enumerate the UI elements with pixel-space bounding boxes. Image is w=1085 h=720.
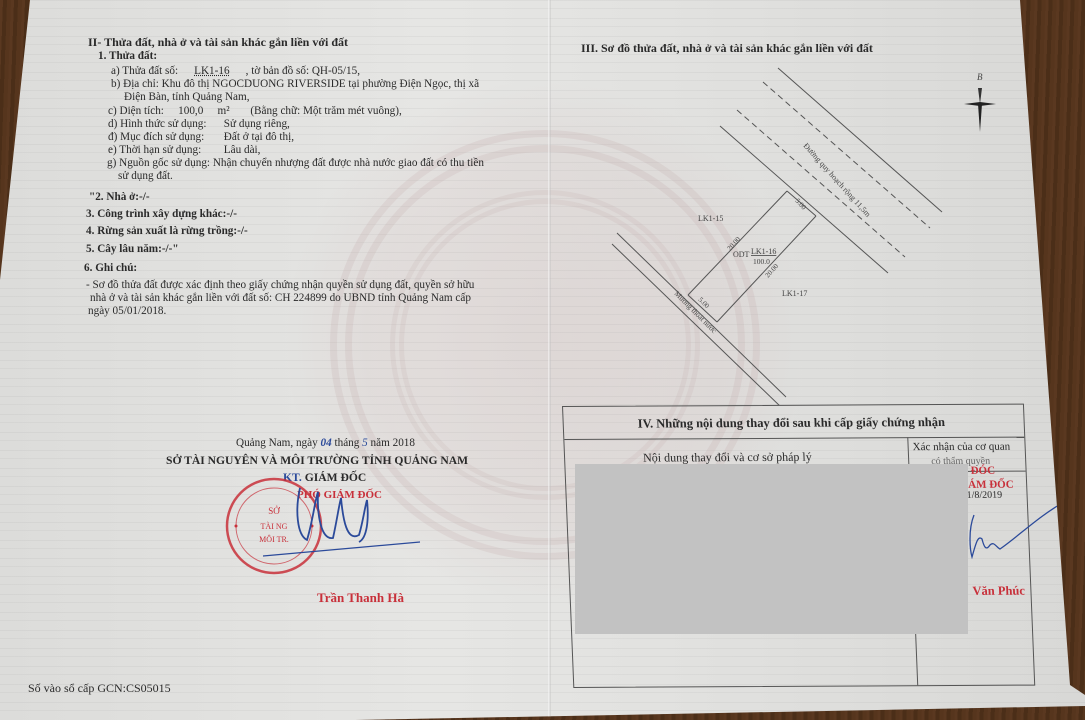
usage-form-row: d) Hình thức sử dụng: Sử dụng riêng, — [108, 118, 290, 131]
date-prefix: Quảng Nam, ngày — [236, 437, 318, 449]
authority-title-fragment-1: ĐÓC — [970, 465, 995, 478]
parcel-number-label: a) Thửa đất số: — [111, 65, 178, 77]
page-fold — [548, 0, 551, 720]
usage-term-label: e) Thời hạn sử dụng: — [108, 144, 221, 157]
month-label: tháng — [335, 437, 360, 449]
usage-term-row: e) Thời hạn sử dụng: Lâu dài, — [108, 144, 260, 157]
parcel-sketch-diagram: B Đường quy hoạch rộng 11,5m Mương thoát… — [600, 60, 1020, 405]
note-line-1: - Sơ đồ thửa đất được xác định theo giấy… — [86, 279, 474, 292]
note-line-2: nhà ở và tài sản khác gắn liền với đất s… — [90, 292, 471, 305]
house-item: "2. Nhà ở:-/- — [89, 191, 150, 204]
issuing-agency: SỞ TÀI NGUYÊN VÀ MÔI TRƯỜNG TỈNH QUẢNG N… — [166, 454, 468, 467]
svg-text:LK1-16: LK1-16 — [751, 247, 776, 256]
usage-origin-line-2: sử dụng đất. — [118, 170, 173, 183]
map-sheet-value: , tờ bản đồ số: QH-05/15, — [246, 65, 360, 77]
register-number: Số vào sổ cấp GCN:CS05015 — [28, 682, 171, 695]
issue-month: 5 — [362, 437, 368, 449]
authority-signature-scribble-icon — [960, 495, 1070, 570]
note-line-3: ngày 05/01/2018. — [88, 305, 166, 318]
planted-forest-item: 4. Rừng sản xuất là rừng trồng:-/- — [86, 225, 248, 238]
area-value: 100,0 — [167, 105, 215, 118]
usage-origin-label: g) Nguồn gốc sử dụng: — [107, 157, 210, 169]
usage-purpose-row: đ) Mục đích sử dụng: Đất ở tại đô thị, — [108, 131, 294, 144]
svg-text:LK1-17: LK1-17 — [782, 289, 807, 298]
svg-text:5.00: 5.00 — [794, 197, 808, 212]
section-iii-title: III. Sơ đồ thửa đất, nhà ở và tài sản kh… — [581, 42, 873, 55]
other-construction-item: 3. Công trình xây dựng khác:-/- — [86, 208, 237, 221]
signature-scribble-icon — [255, 480, 425, 560]
issue-day: 04 — [321, 437, 332, 449]
address-line-1: b) Địa chỉ: Khu đô thị NGOCDUONG RIVERSI… — [111, 78, 479, 91]
svg-text:Mương thoát nước: Mương thoát nước — [673, 289, 719, 335]
north-arrow-icon — [964, 88, 996, 132]
land-certificate-document: II- Thửa đất, nhà ở và tài sản khác gắn … — [0, 0, 1085, 720]
authority-column-header: Xác nhận của cơ quan — [912, 441, 1010, 455]
year-label: năm 2018 — [371, 437, 415, 449]
changes-table-title: IV. Những nội dung thay đổi sau khi cấp … — [637, 416, 945, 431]
svg-text:Đường quy hoạch rộng 11,5m: Đường quy hoạch rộng 11,5m — [802, 141, 873, 219]
usage-purpose-label: đ) Mục đích sử dụng: — [108, 131, 221, 144]
section-ii-title: II- Thửa đất, nhà ở và tài sản khác gắn … — [88, 36, 348, 49]
authority-signer-fragment: Văn Phúc — [972, 585, 1025, 598]
usage-form-label: d) Hình thức sử dụng: — [108, 118, 221, 131]
parcel-number-value: LK1-16 — [181, 65, 243, 78]
perennial-trees-item: 5. Cây lâu năm:-/-" — [86, 243, 179, 256]
svg-text:LK1-15: LK1-15 — [698, 214, 723, 223]
svg-text:100.0: 100.0 — [753, 257, 770, 266]
svg-text:ODT: ODT — [733, 250, 750, 259]
usage-purpose-value: Đất ở tại đô thị, — [224, 131, 294, 143]
notes-heading: 6. Ghi chú: — [84, 262, 137, 275]
usage-term-value: Lâu dài, — [224, 144, 261, 156]
redacted-region — [575, 464, 968, 634]
usage-origin-row: g) Nguồn gốc sử dụng: Nhận chuyển nhượng… — [107, 157, 484, 170]
land-parcel-heading: 1. Thửa đất: — [98, 50, 157, 63]
area-row: c) Diện tích: 100,0 m² (Bằng chữ: Một tr… — [108, 105, 402, 118]
parcel-number-row: a) Thửa đất số: LK1-16 , tờ bản đồ số: Q… — [111, 65, 360, 78]
address-line-2: Điện Bàn, tỉnh Quảng Nam, — [124, 91, 250, 104]
usage-form-value: Sử dụng riêng, — [224, 118, 290, 130]
area-in-words: (Bằng chữ: Một trăm mét vuông), — [250, 105, 401, 117]
changes-column-header: Nội dung thay đổi và cơ sở pháp lý — [643, 451, 812, 465]
area-unit: m² — [218, 105, 248, 118]
svg-text:B: B — [977, 72, 983, 82]
issue-date: Quảng Nam, ngày 04 tháng 5 năm 2018 — [236, 437, 415, 450]
usage-origin-value: Nhận chuyển nhượng đất được nhà nước gia… — [213, 157, 484, 169]
signer-name: Trần Thanh Hà — [317, 591, 404, 604]
area-label: c) Diện tích: — [108, 105, 164, 117]
